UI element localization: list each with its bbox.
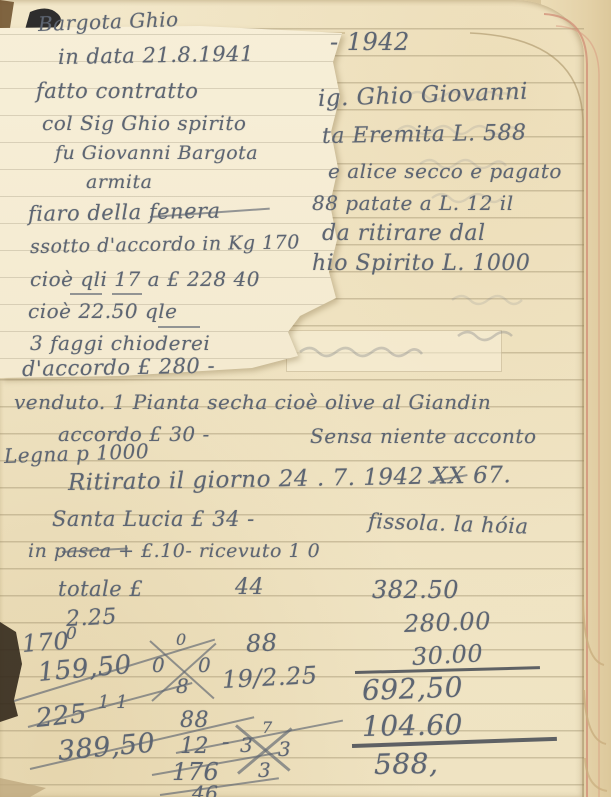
calc-number: 0 <box>66 624 77 644</box>
handwriting-line: ta Eremita L. 588 <box>322 120 527 149</box>
handwriting-line: col Sig Ghio spirito <box>42 111 246 135</box>
calc-number: 692,50 <box>361 670 463 707</box>
handwriting-line: 44 <box>235 575 264 600</box>
calc-number: 88 <box>180 708 209 733</box>
handwriting-line: fu Giovanni Bargota <box>55 142 258 164</box>
handwriting-line: - 1942 <box>330 28 410 56</box>
calc-number: 3 <box>278 737 291 761</box>
handwriting-line: totale £ <box>58 577 143 601</box>
calc-number: 7 <box>262 718 273 737</box>
calc-number: 0 <box>176 630 187 649</box>
underline <box>70 293 102 295</box>
handwriting-line: 88 patate a L. 12 il <box>312 191 514 215</box>
handwriting-line: da ritirare dal <box>322 221 486 246</box>
handwriting-line: hio Spirito L. 1000 <box>312 251 530 276</box>
calc-number: 280.00 <box>404 607 492 638</box>
handwriting-line: armita <box>86 171 152 193</box>
calc-number: 0 <box>152 653 165 677</box>
handwriting-line: in data 21.8.1941 <box>58 42 254 69</box>
handwriting-line: Sensa niente acconto <box>310 424 537 448</box>
calc-number: 30.00 <box>411 639 484 671</box>
notebook-photo: Bargota Ghio in data 21.8.1941 fatto con… <box>0 0 611 797</box>
calc-number: 382.50 <box>372 576 459 604</box>
calc-number: 104.60 <box>362 708 464 743</box>
handwriting-line: Santa Lucia £ 34 - <box>52 507 255 531</box>
calc-number: 19/2.25 <box>221 661 318 694</box>
handwriting-line: venduto. 1 Pianta secha cioè olive al Gi… <box>14 390 491 414</box>
handwriting-line: ssotto d'accordo in Kg 170 <box>30 231 300 258</box>
handwriting-line: cioè qli 17 a £ 228 40 <box>30 267 260 291</box>
handwriting-line: 3 faggi chioderei <box>30 331 210 355</box>
calc-symbol: - <box>222 730 230 755</box>
calc-number: 170 <box>21 627 70 658</box>
handwriting-line: Legna p 1000 <box>4 439 150 468</box>
underline <box>158 326 200 328</box>
underline <box>112 293 142 295</box>
handwriting-line: e alice secco e pagato <box>328 159 562 183</box>
handwriting-line: d'accordo £ 280 - <box>22 354 215 381</box>
handwriting-line: cioè 22.50 qle <box>28 299 177 323</box>
calc-number: 3 <box>258 758 271 782</box>
calc-number: 588, <box>374 747 439 781</box>
handwriting-line: Bargota Ghio <box>38 7 179 36</box>
calc-number: 88 <box>245 628 278 658</box>
handwriting-line: fatto contratto <box>36 79 198 103</box>
